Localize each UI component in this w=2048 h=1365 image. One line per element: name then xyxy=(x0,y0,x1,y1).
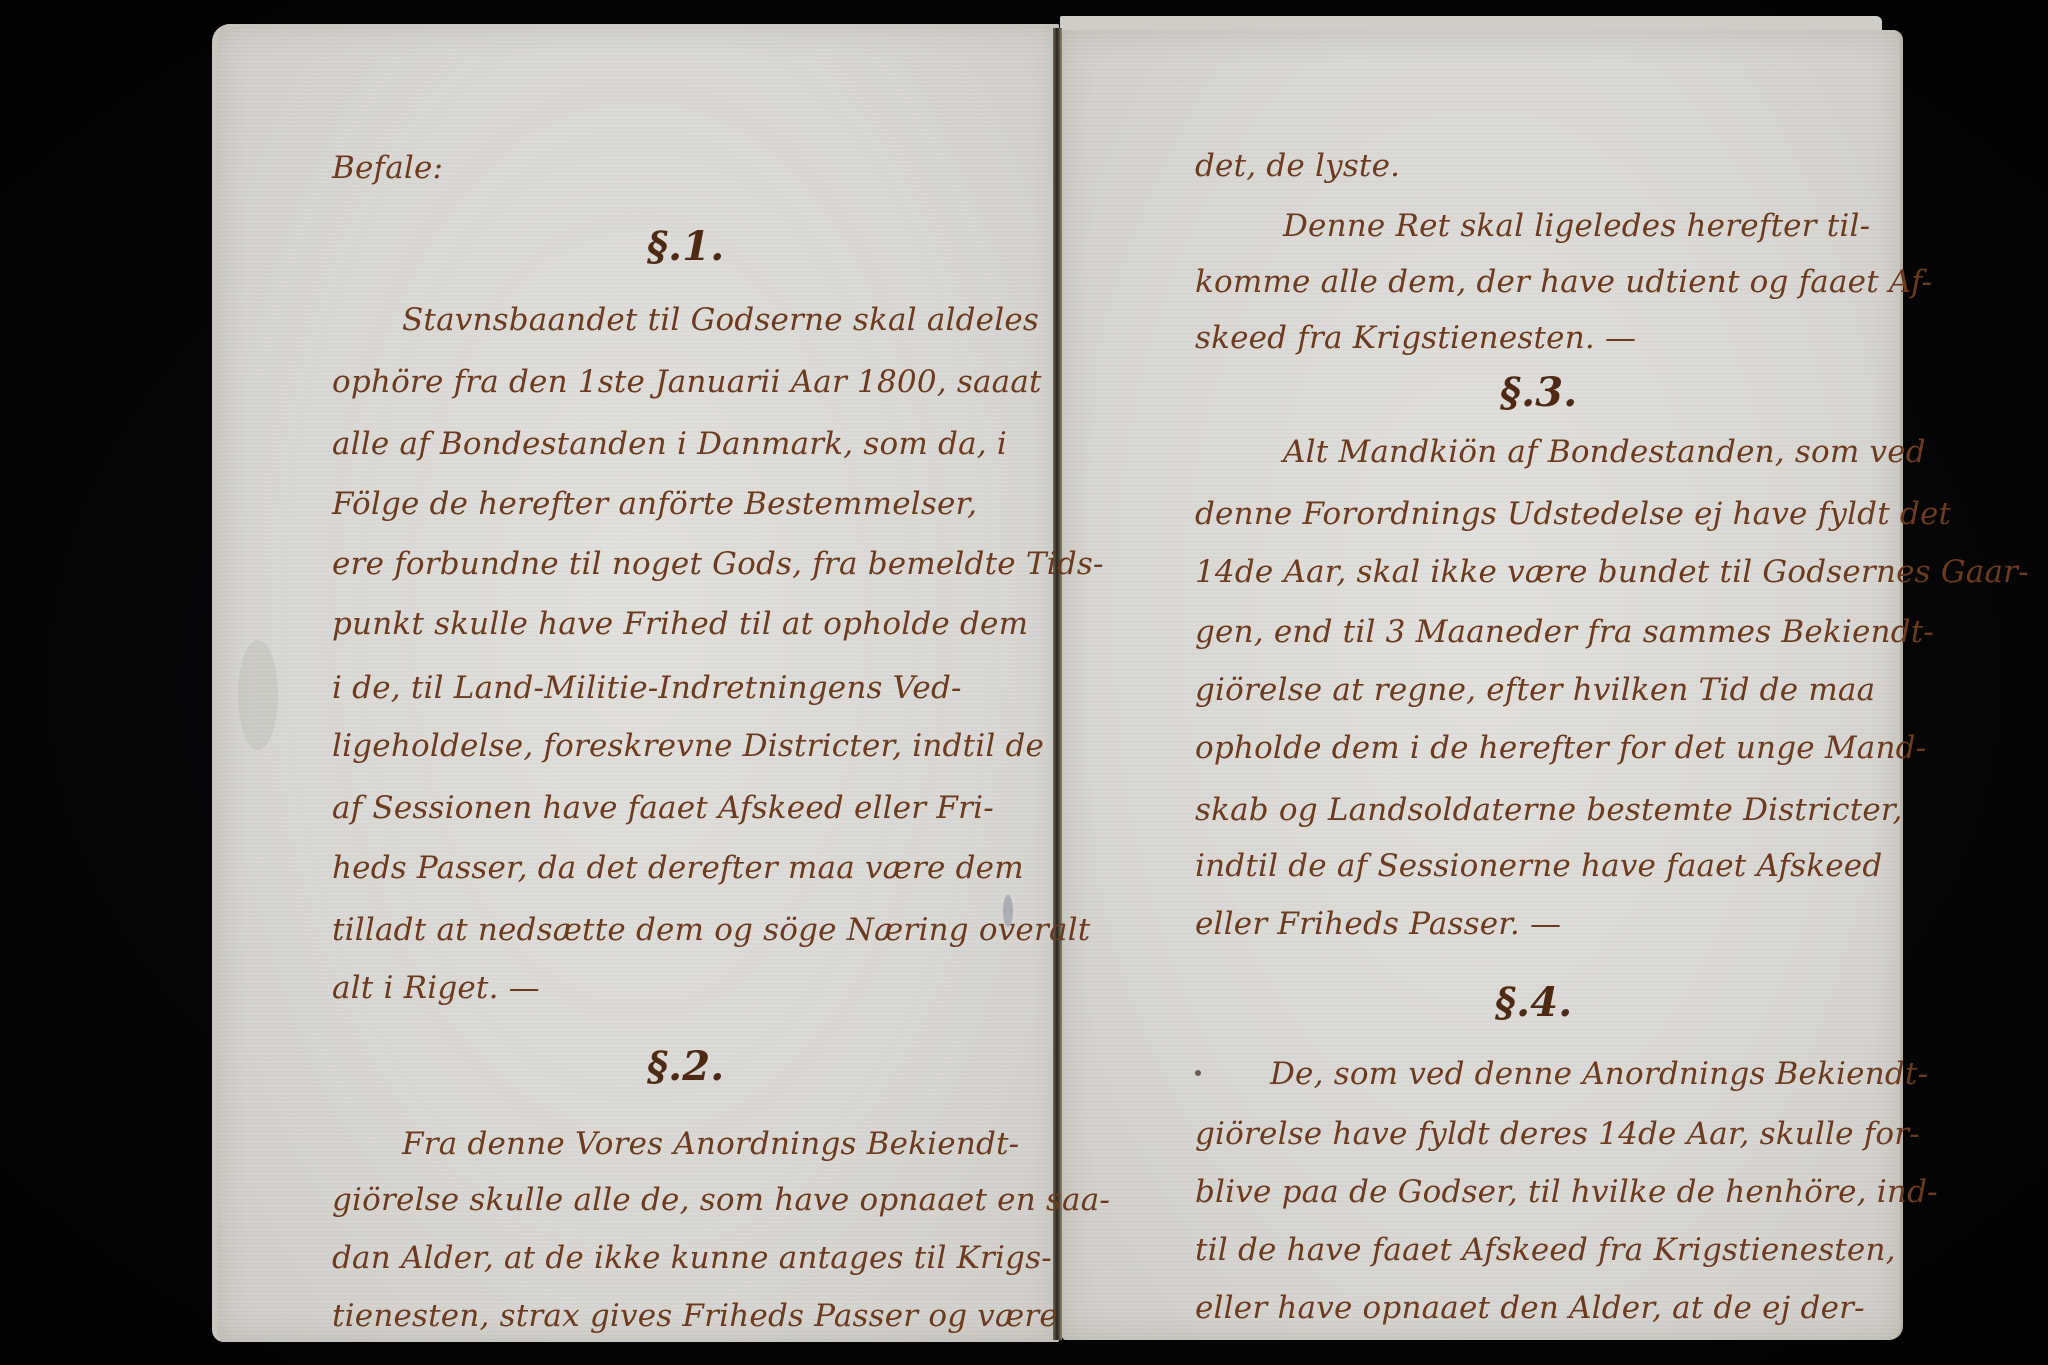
text-line: gen, end til 3 Maaneder fra sammes Bekie… xyxy=(1195,612,1934,652)
text-line: opholde dem i de herefter for det unge M… xyxy=(1195,728,1926,768)
text-line: det, de lyste. xyxy=(1195,146,1400,186)
text-line: giörelse at regne, efter hvilken Tid de … xyxy=(1195,670,1875,710)
text-line: blive paa de Godser, til hvilke de henhö… xyxy=(1195,1172,1938,1212)
text-line: Alt Mandkiön af Bondestanden, som ved xyxy=(1283,432,1926,472)
section-heading-3: §.3. xyxy=(1500,368,1577,418)
book-gutter xyxy=(1053,28,1062,1340)
section-heading-4: §.4. xyxy=(1495,978,1572,1028)
text-line: De, som ved denne Anordnings Bekiendt- xyxy=(1270,1054,1928,1094)
text-line: komme alle dem, der have udtient og faae… xyxy=(1195,262,1932,302)
left-page-text-lower xyxy=(332,0,1032,1365)
text-line: giörelse have fyldt deres 14de Aar, skul… xyxy=(1195,1114,1920,1154)
text-line: indtil de af Sessionerne have faaet Afsk… xyxy=(1195,846,1882,886)
text-line: eller have opnaaet den Alder, at de ej d… xyxy=(1195,1288,1865,1328)
text-line: Denne Ret skal ligeledes herefter til- xyxy=(1283,206,1870,246)
text-line: denne Forordnings Udstedelse ej have fyl… xyxy=(1195,494,1951,534)
scanned-book-spread: Befale: §.1. Stavnsbaandet til Godserne … xyxy=(0,0,2048,1365)
text-line: 14de Aar, skal ikke være bundet til Gods… xyxy=(1195,552,2029,592)
text-line: eller Friheds Passer. — xyxy=(1195,904,1561,944)
text-line: skeed fra Krigstienesten. — xyxy=(1195,318,1636,358)
right-page-text: det, de lyste. Denne Ret skal ligeledes … xyxy=(1195,0,1885,1365)
text-line: til de have faaet Afskeed fra Krigstiene… xyxy=(1195,1230,1896,1270)
text-line: skab og Landsoldaterne bestemte District… xyxy=(1195,790,1903,830)
